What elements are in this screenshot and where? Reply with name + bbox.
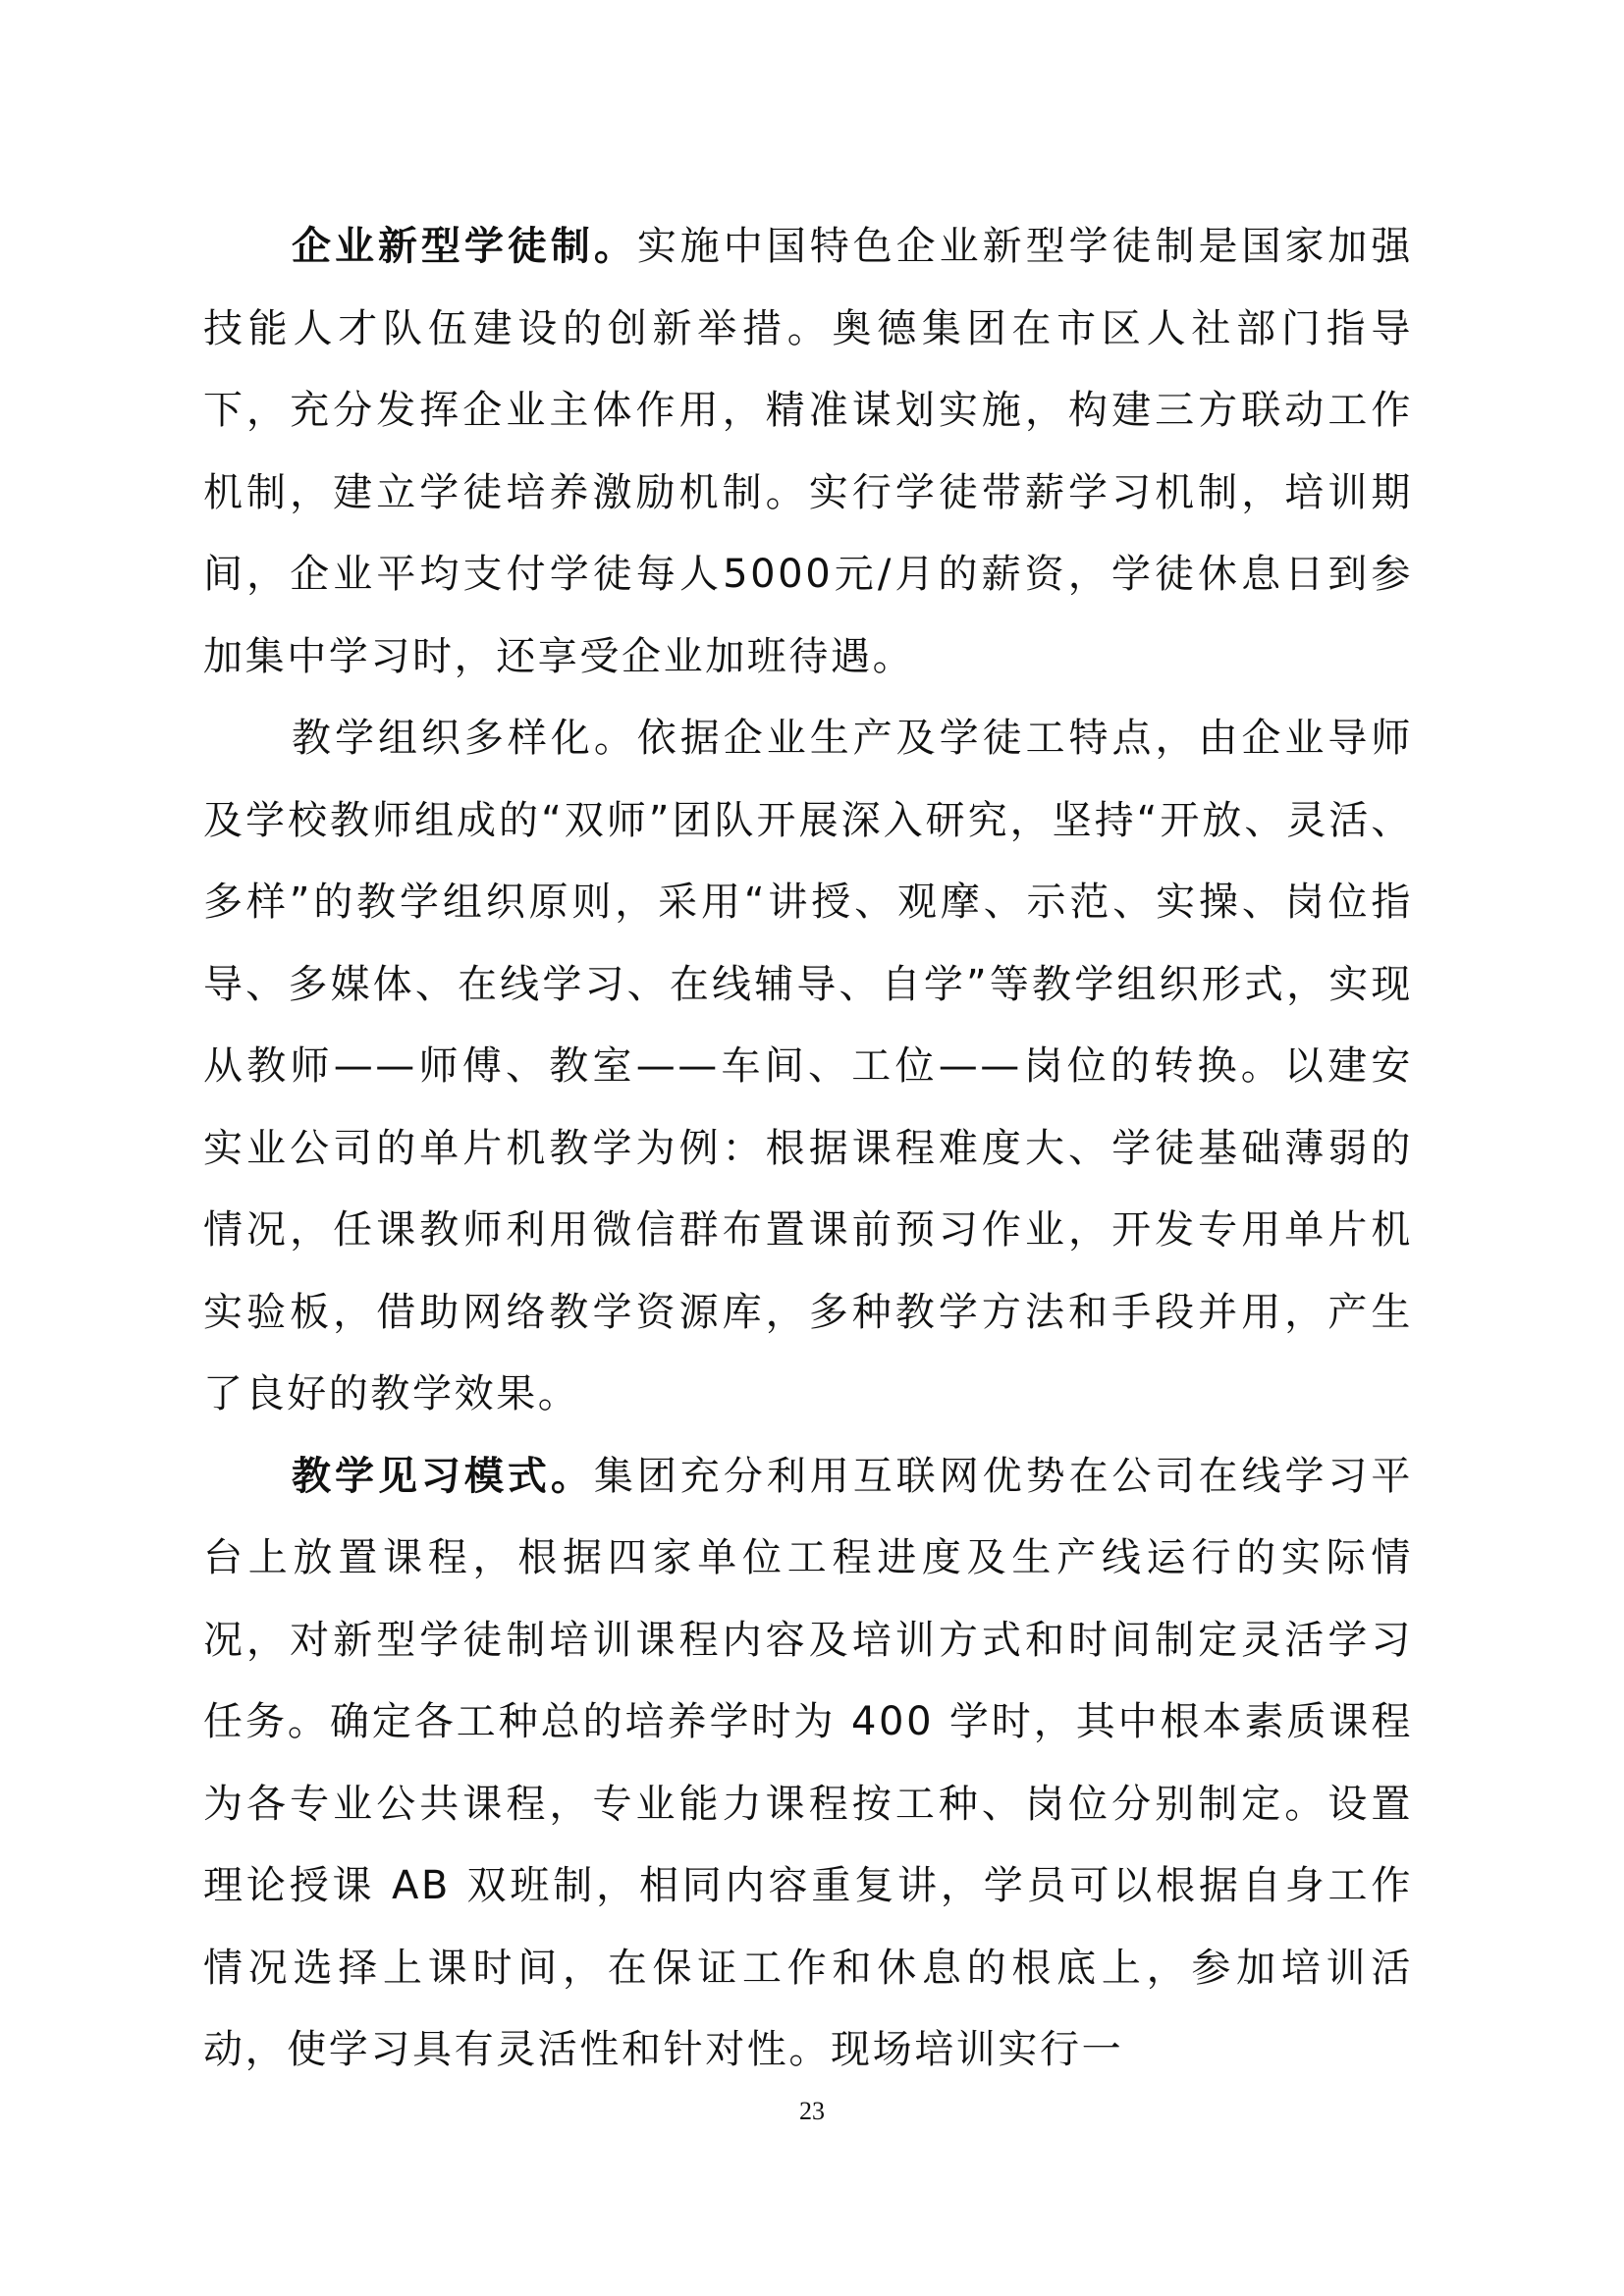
page-number: 23 <box>0 2097 1624 2126</box>
paragraph-body: 实施中国特色企业新型学徒制是国家加强技能人才队伍建设的创新举措。奥德集团在市区人… <box>203 224 1413 679</box>
paragraph-heading: 教学见习模式。 <box>292 1454 594 1499</box>
paragraph-body: 教学组织多样化。依据企业生产及学徒工特点，由企业导师及学校教师组成的“双师”团队… <box>203 716 1413 1416</box>
paragraph-body: 集团充分利用互联网优势在公司在线学习平台上放置课程，根据四家单位工程进度及生产线… <box>203 1454 1413 2073</box>
paragraph-teaching-internship: 教学见习模式。集团充分利用互联网优势在公司在线学习平台上放置课程，根据四家单位工… <box>203 1436 1413 2092</box>
body-text: 企业新型学徒制。实施中国特色企业新型学徒制是国家加强技能人才队伍建设的创新举措。… <box>203 206 1413 2092</box>
paragraph-apprenticeship: 企业新型学徒制。实施中国特色企业新型学徒制是国家加强技能人才队伍建设的创新举措。… <box>203 206 1413 698</box>
paragraph-heading: 企业新型学徒制。 <box>292 224 637 269</box>
paragraph-teaching-organization: 教学组织多样化。依据企业生产及学徒工特点，由企业导师及学校教师组成的“双师”团队… <box>203 698 1413 1436</box>
document-page: 企业新型学徒制。实施中国特色企业新型学徒制是国家加强技能人才队伍建设的创新举措。… <box>0 0 1624 2296</box>
